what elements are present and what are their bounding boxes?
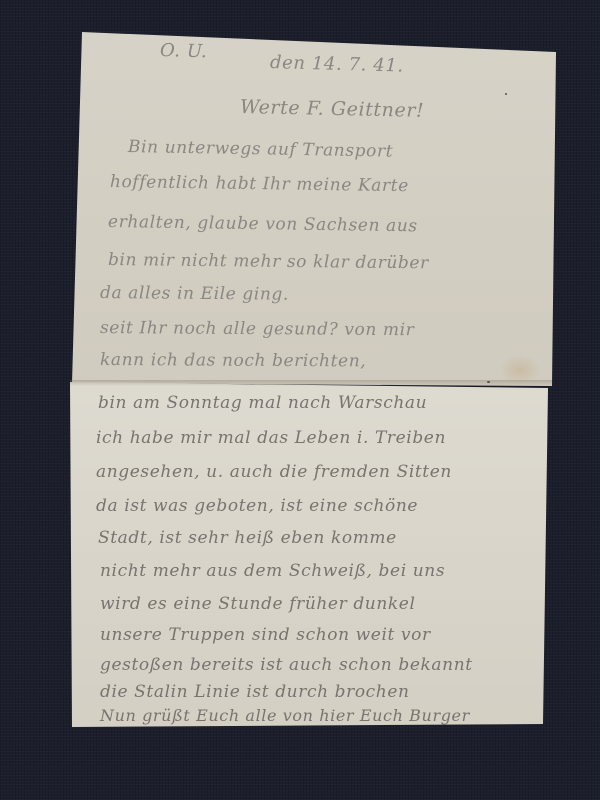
paper-speck [505,93,507,95]
letter-line: nicht mehr aus dem Schweiß, bei uns [100,561,445,581]
paper-speck [487,381,490,383]
letter-date: den 14. 7. 41. [270,52,404,76]
letter-line: bin mir nicht mehr so klar darüber [108,250,429,273]
paper-stain [500,355,540,385]
letter-salutation: Werte F. Geittner! [240,96,425,122]
paper-fold-line [70,380,552,386]
photo-scene: O. U. den 14. 7. 41. Werte F. Geittner! … [0,0,600,800]
letter-line: ich habe mir mal das Leben i. Treiben [96,428,446,448]
letter-line: hoffentlich habt Ihr meine Karte [110,172,409,196]
letter-line: da ist was geboten, ist eine schöne [96,496,418,516]
letter-line: gestoßen bereits ist auch schon bekannt [100,655,473,675]
letter-line: seit Ihr noch alle gesund? von mir [100,318,415,340]
letter-line: kann ich das noch berichten, [100,350,366,371]
letter-line: da alles in Eile ging. [100,283,289,305]
letter-line: die Stalin Linie ist durch brochen [100,682,410,702]
letter-line: Stadt, ist sehr heiß eben komme [98,528,397,548]
letter-line: angesehen, u. auch die fremden Sitten [96,462,452,482]
letter-line: wird es eine Stunde früher dunkel [100,594,416,614]
letter-line: bin am Sonntag mal nach Warschau [98,393,427,413]
letter-location: O. U. [160,40,208,62]
letter-line: unsere Truppen sind schon weit vor [100,625,431,645]
letter-closing-line: Nun grüßt Euch alle von hier Euch Burger [100,706,470,725]
